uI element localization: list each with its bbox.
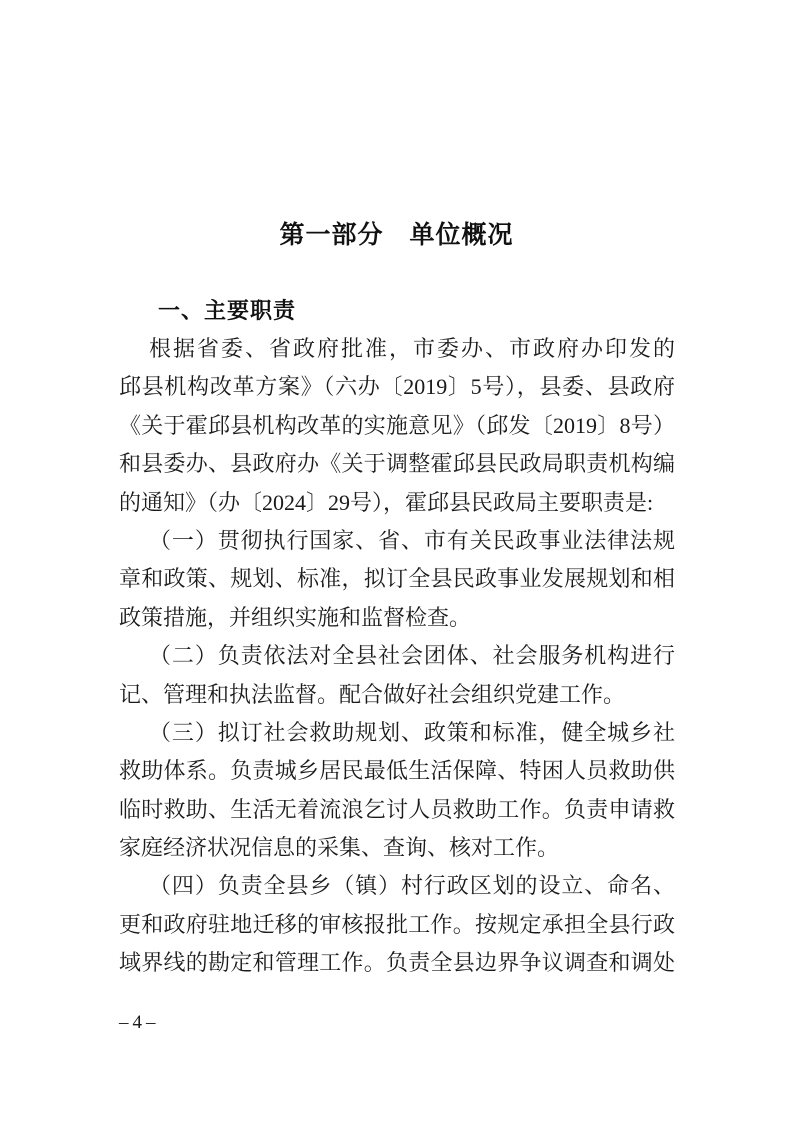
body-line: （一）贯彻执行国家、省、市有关民政事业法律法规规 bbox=[119, 522, 675, 560]
body-line: 《关于霍邱县机构改革的实施意见》（邱发〔2019〕8号） bbox=[119, 407, 675, 445]
body-line: 记、管理和执法监督。配合做好社会组织党建工作。 bbox=[119, 676, 675, 714]
body-line: （二）负责依法对全县社会团体、社会服务机构进行登 bbox=[119, 637, 675, 675]
body-line: 救助体系。负责城乡居民最低生活保障、特困人员救助供养、 bbox=[119, 752, 675, 790]
body-line: 邱县机构改革方案》（六办〔2019〕5号），县委、县政府 bbox=[119, 368, 675, 406]
document-page: 第一部分 单位概况 一、主要职责 根据省委、省政府批准，市委办、市政府办印发的《… bbox=[0, 0, 793, 1122]
section-heading: 一、主要职责 bbox=[158, 294, 296, 325]
body-line: 和县委办、县政府办《关于调整霍邱县民政局职责机构编制 bbox=[119, 445, 675, 483]
document-title: 第一部分 单位概况 bbox=[0, 215, 793, 251]
body-line: 的通知》（办〔2024〕29号），霍邱县民政局主要职责是: bbox=[119, 484, 675, 522]
body-line: 临时救助、生活无着流浪乞讨人员救助工作。负责申请救助 bbox=[119, 791, 675, 829]
body-line: 政策措施，并组织实施和监督检查。 bbox=[119, 599, 675, 637]
body-line: 家庭经济状况信息的采集、查询、核对工作。 bbox=[119, 829, 675, 867]
body-line: 章和政策、规划、标准，拟订全县民政事业发展规划和相关 bbox=[119, 560, 675, 598]
page-number: –4– bbox=[119, 1012, 160, 1034]
document-body: 根据省委、省政府批准，市委办、市政府办印发的《霍 邱县机构改革方案》（六办〔20… bbox=[119, 330, 675, 983]
body-line: 域界线的勘定和管理工作。负责全县边界争议调查和调处事 bbox=[119, 944, 675, 982]
body-line: 更和政府驻地迁移的审核报批工作。按规定承担全县行政区 bbox=[119, 906, 675, 944]
body-line: 根据省委、省政府批准，市委办、市政府办印发的《霍 bbox=[119, 330, 675, 368]
body-line: （三）拟订社会救助规划、政策和标准，健全城乡社会 bbox=[119, 714, 675, 752]
body-line: （四）负责全县乡（镇）村行政区划的设立、命名、变 bbox=[119, 867, 675, 905]
